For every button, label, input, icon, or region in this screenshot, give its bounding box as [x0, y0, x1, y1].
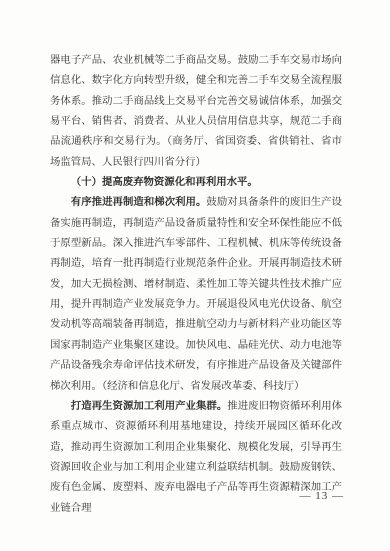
body-text: 推进废旧物资循环利用体系重点城市、资源循环利用基地建设，持续开展园区循环化改造，…	[50, 401, 342, 514]
bold-lead-text: 有序推进再制造和梯次利用。	[71, 197, 207, 208]
bold-lead-text: （十）提高废弃物资源化和再利用水平。	[71, 177, 258, 188]
page-number: — 13 —	[300, 489, 345, 504]
body-text: 器电子产品、农业机械等二手商品交易。鼓励二手车交易市场向信息化、数字化方向转型升…	[50, 55, 342, 168]
paragraph-remanufacturing-cascade-utilization: 有序推进再制造和梯次利用。鼓励对具备条件的废旧生产设备实施再制造，再制造产品设备…	[50, 193, 342, 396]
paragraph-secondhand-goods-continuation: 器电子产品、农业机械等二手商品交易。鼓励二手车交易市场向信息化、数字化方向转型升…	[50, 51, 342, 173]
document-page: 器电子产品、农业机械等二手商品交易。鼓励二手车交易市场向信息化、数字化方向转型升…	[0, 0, 390, 551]
text-block: 器电子产品、农业机械等二手商品交易。鼓励二手车交易市场向信息化、数字化方向转型升…	[50, 51, 342, 519]
bold-lead-text: 打造再生资源加工利用产业集群。	[71, 401, 228, 412]
paragraph-recycled-resource-industry-cluster: 打造再生资源加工利用产业集群。推进废旧物资循环利用体系重点城市、资源循环利用基地…	[50, 397, 342, 519]
section-heading-10-waste-resource-utilization: （十）提高废弃物资源化和再利用水平。	[50, 173, 342, 193]
body-text: 鼓励对具备条件的废旧生产设备实施再制造，再制造产品设备质量特性和安全环保性能应不…	[50, 197, 342, 391]
